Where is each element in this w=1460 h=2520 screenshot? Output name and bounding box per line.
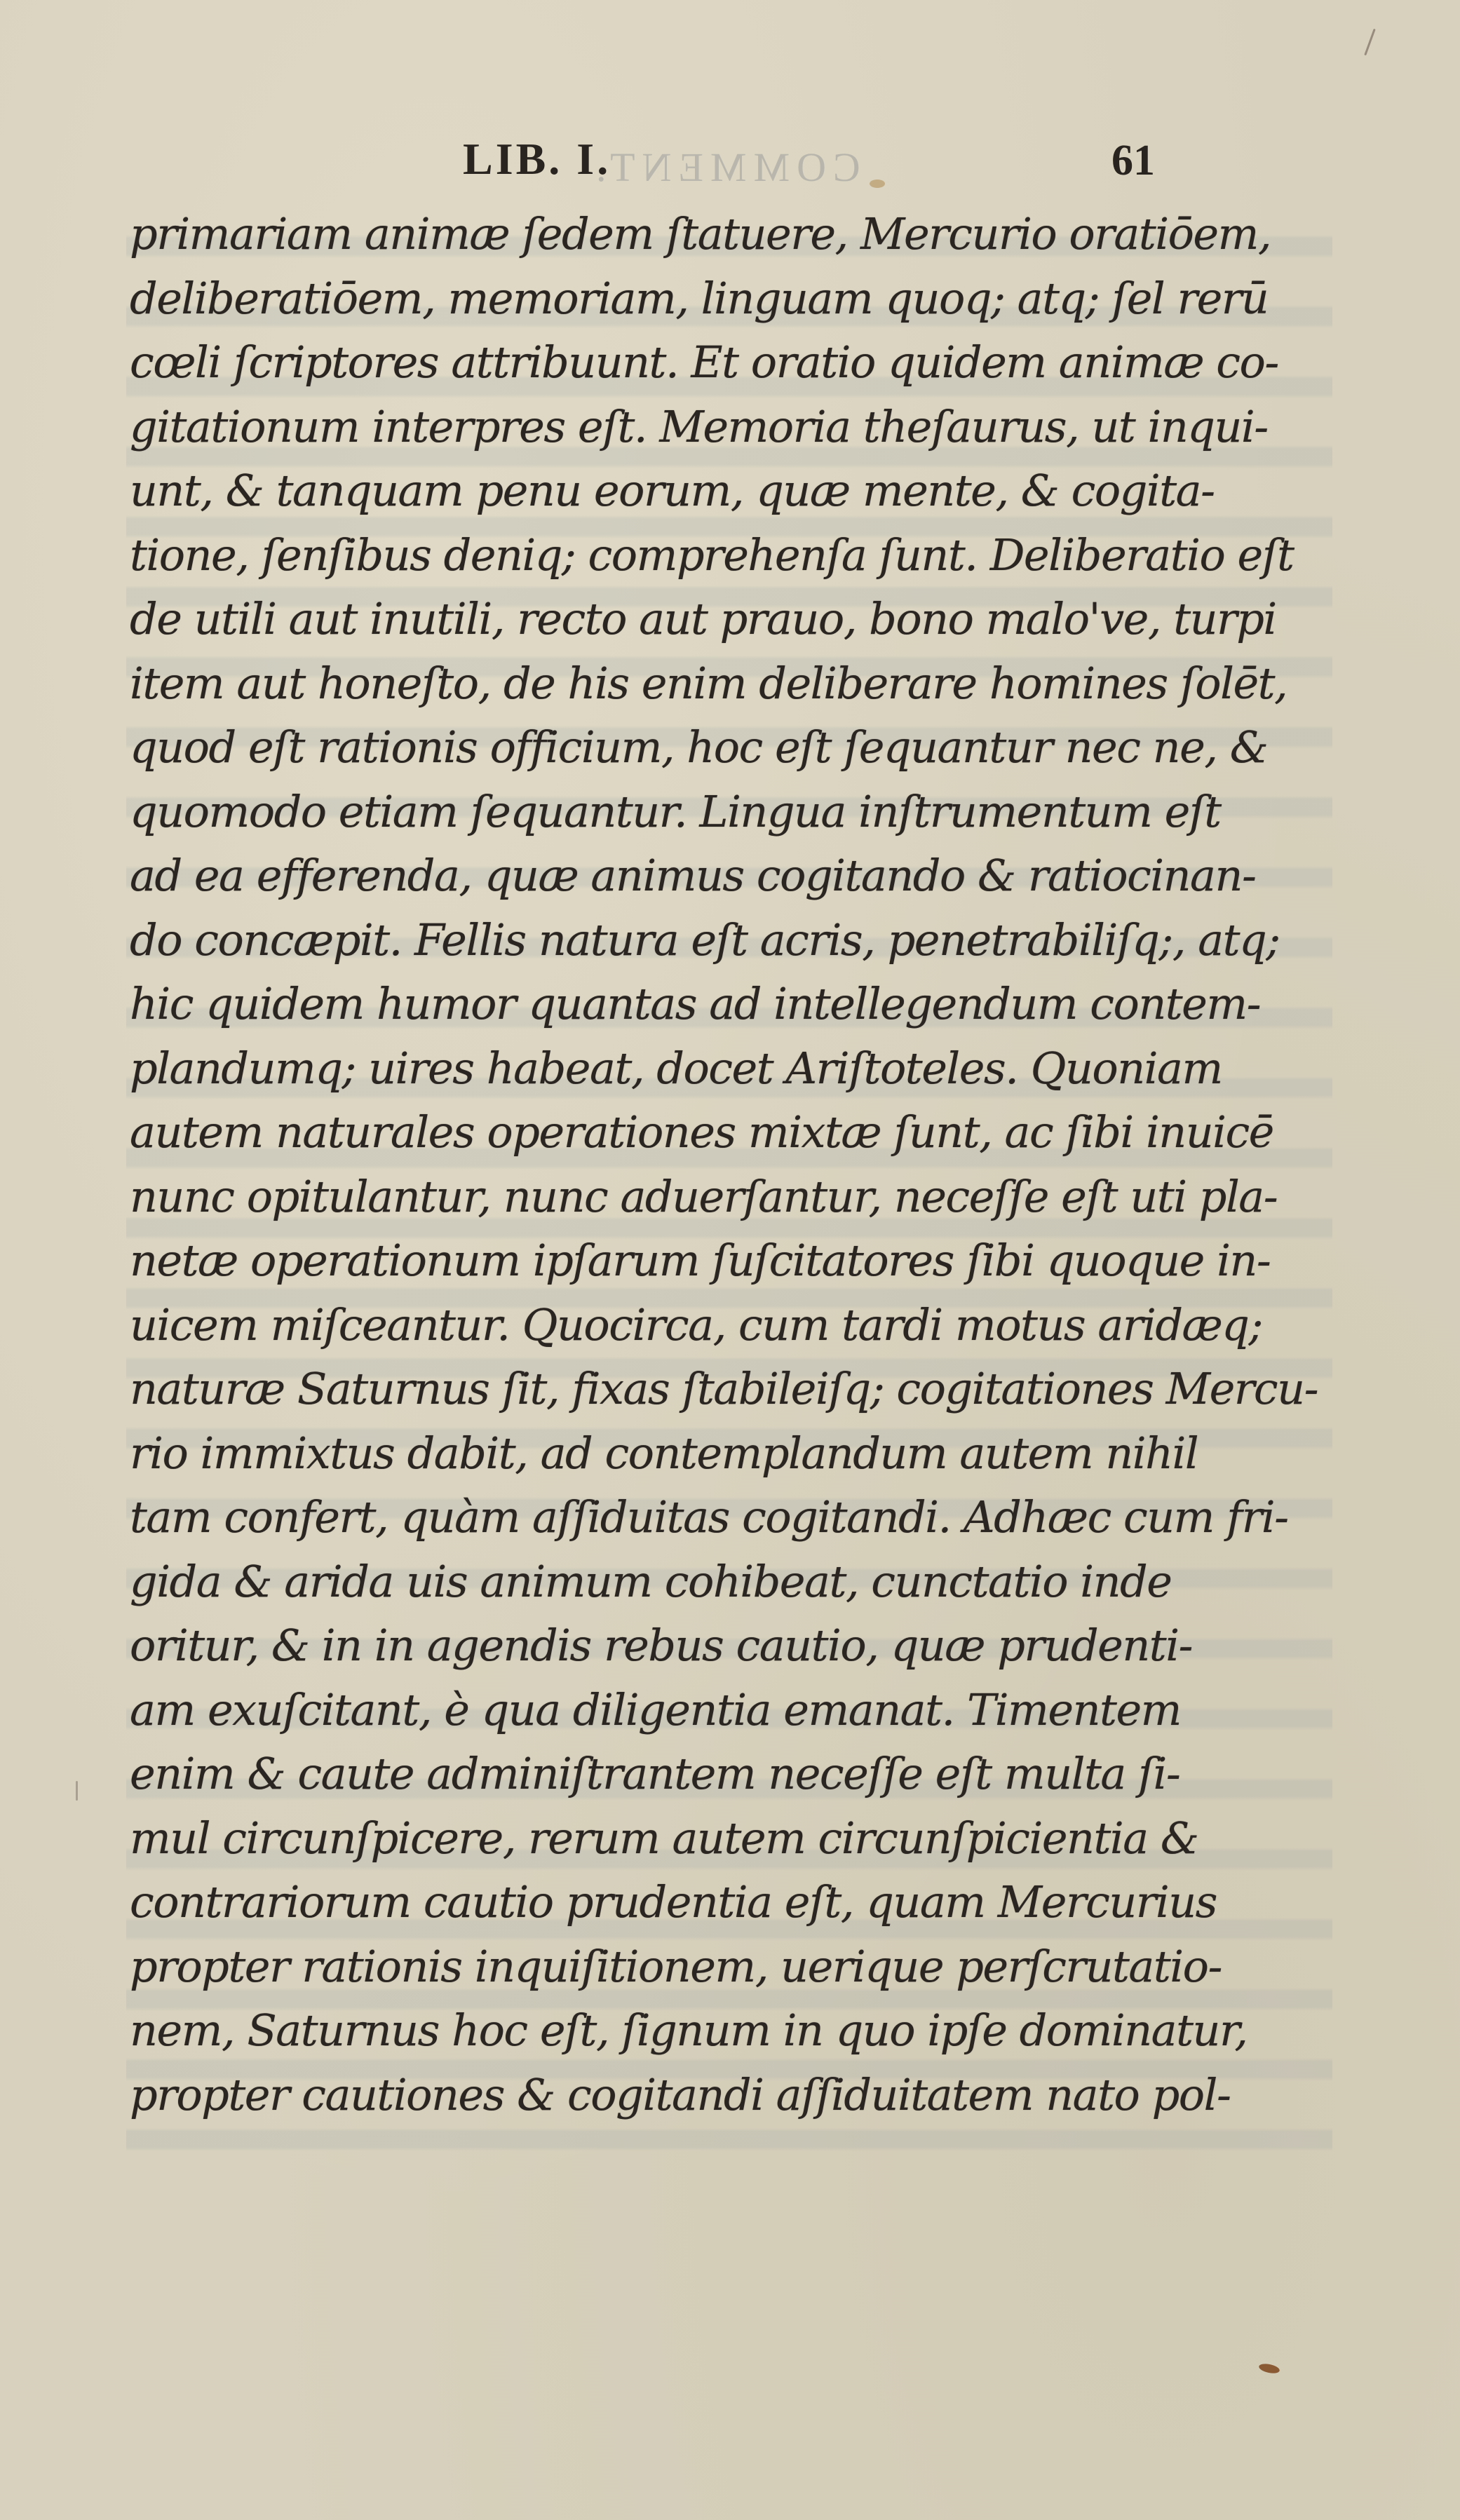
text-line: contrariorum cautio prudentia eſt, quam … (130, 1870, 1350, 1935)
book-number: LIB. I. (463, 133, 611, 185)
page-number: 61 (1111, 136, 1155, 186)
text-line: deliberatiōem, memoriam, linguam quoq; a… (130, 266, 1350, 331)
text-line: autem naturales operationes mixtæ ſunt, … (130, 1100, 1350, 1165)
text-line: propter cautiones & cogitandi aſſiduitat… (130, 2063, 1350, 2127)
text-line: ad ea efferenda, quæ animus cogitando & … (130, 844, 1350, 908)
paper-fiber (76, 1781, 78, 1801)
text-line: netæ operationum ipſarum ſuſcitatores ſi… (130, 1228, 1350, 1293)
text-line: de utili aut inutili, recto aut prauo, b… (130, 587, 1350, 651)
book-page: COMMENT. LIB. I. 61 primariam animæ ſede… (0, 0, 1460, 2520)
paper-fiber (1364, 29, 1376, 56)
text-line: mul circunſpicere, rerum autem circunſpi… (130, 1806, 1350, 1871)
text-line: gitationum interpres eſt. Memoria theſau… (130, 395, 1350, 459)
body-text: primariam animæ ſedem ſtatuere, Mercurio… (130, 202, 1350, 2127)
text-line: quomodo etiam ſequantur. Lingua inſtrume… (130, 780, 1350, 844)
text-line: item aut honeſto, de his enim deliberare… (130, 651, 1350, 716)
text-line: do concæpit. Fellis natura eſt acris, pe… (130, 908, 1350, 973)
text-line: naturæ Saturnus ſit, fixas ſtabileiſq; c… (130, 1357, 1350, 1421)
text-line: oritur, & in in agendis rebus cautio, qu… (130, 1613, 1350, 1678)
text-line: uicem miſceantur. Quocirca, cum tardi mo… (130, 1293, 1350, 1357)
text-line: nunc opitulantur, nunc aduerſantur, nece… (130, 1165, 1350, 1229)
text-line: unt, & tanquam penu eorum, quæ mente, & … (130, 459, 1350, 523)
text-line: enim & caute adminiſtrantem neceſſe eſt … (130, 1742, 1350, 1806)
text-line: propter rationis inquiſitionem, uerique … (130, 1935, 1350, 1999)
text-line: nem, Saturnus hoc eſt, ſignum in quo ipſ… (130, 1998, 1350, 2063)
text-line: hic quidem humor quantas ad intellegendu… (130, 972, 1350, 1036)
text-line: am exuſcitant, è qua diligentia emanat. … (130, 1678, 1350, 1742)
text-line: cœli ſcriptores attribuunt. Et oratio qu… (130, 330, 1350, 395)
text-line: rio immixtus dabit, ad contemplandum aut… (130, 1421, 1350, 1486)
text-line: plandumq; uires habeat, docet Ariſtotele… (130, 1036, 1350, 1101)
text-line: tione, ſenſibus deniq; comprehenſa ſunt.… (130, 523, 1350, 588)
running-head: LIB. I. 61 (0, 133, 1460, 189)
text-line: tam confert, quàm aſſiduitas cogitandi. … (130, 1485, 1350, 1550)
text-line: primariam animæ ſedem ſtatuere, Mercurio… (130, 202, 1350, 266)
text-line: gida & arida uis animum cohibeat, cuncta… (130, 1550, 1350, 1614)
text-line: quod eſt rationis officium, hoc eſt ſequ… (130, 715, 1350, 780)
paper-stain (1258, 2362, 1280, 2375)
